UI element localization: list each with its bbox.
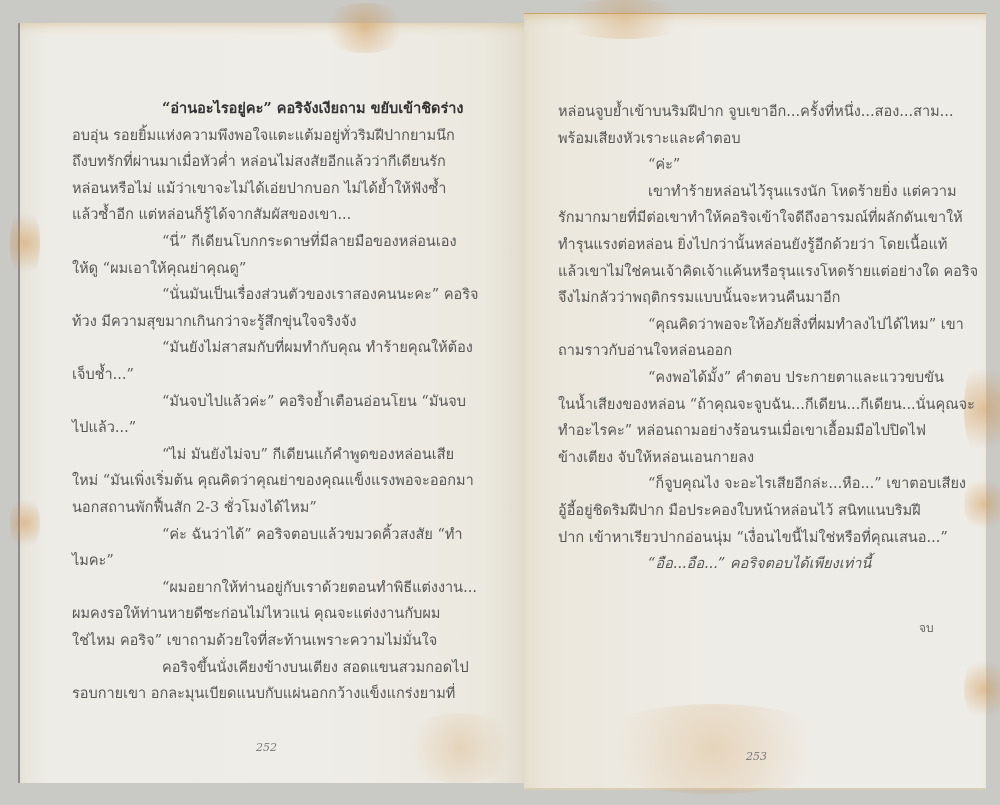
text-line: “ผมอยากให้ท่านอยู่กับเราด้วยตอนทำพิธีแต่… [162,575,477,601]
text-line: ปาก เข้าหาเรียวปากอ่อนนุ่ม “เงื่อนไขนี้ไ… [558,525,948,551]
text-line: ท้วง มีความสุขมากเกินกว่าจะรู้สึกขุ่นใจจ… [72,309,357,335]
text-line: พร้อมเสียงหัวเราะและคำตอบ [558,126,741,152]
right-page: หล่อนจูบย้ำเข้าบนริมฝีปาก จูบเขาอีก...คร… [524,13,986,790]
text-line: ในน้ำเสียงของหล่อน “ถ้าคุณจะจูบฉัน...กีเ… [558,392,975,418]
text-line: ให้ดู “ผมเอาให้คุณย่าคุณดู” [72,256,246,282]
text-line: นอกสถานพักฟื้นสัก 2-3 ชั่วโมงได้ไหม” [72,495,317,521]
text-line: ถามราวกับอ่านใจหล่อนออก [558,338,732,364]
text-line: “มันยังไม่สาสมกับที่ผมทำกับคุณ ทำร้ายคุณ… [162,335,473,361]
text-line: ใช่ไหม คอริจ” เขาถามด้วยใจที่สะท้านเพราะ… [72,628,437,654]
text-line: “มันจบไปแล้วค่ะ” คอริจย้ำเตือนอ่อนโยน “ม… [162,389,466,415]
text-line: “ค่ะ” [648,152,680,178]
text-line: แล้วซ้ำอีก แต่หล่อนก็รู้ได้จากสัมผัสของเ… [72,202,351,228]
text-line: รอบกายเขา อกละมุนเบียดแนบกับแผ่นอกกว้างแ… [72,681,455,707]
text-line: ไมคะ” [72,548,114,574]
text-line: “นี่” กีเดียนโบกกระดาษที่มีลายมือของหล่อ… [162,229,457,255]
text-line: ผมคงรอให้ท่านหายดีซะก่อนไม่ไหวแน่ คุณจะแ… [72,601,440,627]
text-line: ข้างเตียง จับให้หล่อนเอนกายลง [558,445,754,471]
text-line: ไปแล้ว...” [72,415,136,441]
text-line: “อ่านอะไรอยู่คะ” คอริจังเงียถาม ขยับเข้า… [162,96,463,122]
text-line: หล่อนจูบย้ำเข้าบนริมฝีปาก จูบเขาอีก...คร… [558,99,953,125]
text-line: หล่อนหรือไม่ แม้ว่าเขาจะไม่ได้เอ่ยปากบอก… [72,176,446,202]
right-page-number: 253 [746,750,767,763]
text-line: แล้วเขาไม่ใช่คนเจ้าคิดเจ้าแค้นหรือรุนแรง… [558,259,978,285]
text-line: “คุณคิดว่าพอจะให้อภัยสิ่งที่ผมทำลงไปได้ไ… [648,312,964,338]
text-line: “คงพอได้มั้ง” คำตอบ ประกายตาและแววขบขัน [648,365,944,391]
text-line: “ไม่ มันยังไม่จบ” กีเดียนแก้คำพูดของหล่อ… [162,442,454,468]
text-line: ถึงบทรักที่ผ่านมาเมื่อหัวค่ำ หล่อนไม่สงส… [72,149,446,175]
text-line: ทำรุนแรงต่อหล่อน ยิ่งไปกว่านั้นหล่อนยังร… [558,232,947,258]
text-line: รักมากมายที่มีต่อเขาทำให้คอริจเข้าใจดีถึ… [558,205,963,231]
left-page: “อ่านอะไรอยู่คะ” คอริจังเงียถาม ขยับเข้า… [18,23,524,783]
left-page-number: 252 [256,741,277,754]
text-line: “นั่นมันเป็นเรื่องส่วนตัวของเราสองคนนะคะ… [162,282,479,308]
text-line: เขาทำร้ายหล่อนไว้รุนแรงนัก โหดร้ายยิ่ง แ… [648,179,957,205]
text-line: อู้อี้อยู่ชิดริมฝีปาก มือประคองใบหน้าหล่… [558,498,921,524]
text-line: จึงไม่กลัวว่าพฤติกรรมแบบนั้นจะหวนคืนมาอี… [558,285,840,311]
text-line: เจ็บช้ำ...” [72,362,134,388]
text-line: “อือ...อือ...” คอริจตอบได้เพียงเท่านี้ [648,551,871,577]
text-line: คอริจขึ้นนั่งเคียงข้างบนเตียง สอดแขนสวมก… [162,655,469,681]
text-line: ใหม่ “มันเพิ่งเริ่มต้น คุณคิดว่าคุณย่าขอ… [72,468,474,494]
text-line: ทำอะไรคะ” หล่อนถามอย่างร้อนรนเมื่อเขาเอื… [558,418,926,444]
text-line: “ก็จูบคุณไง จะอะไรเสียอีกล่ะ...หือ...” เ… [648,471,966,497]
end-marker: จบ [919,619,934,638]
text-line: อบอุ่น รอยยิ้มแห่งความพึงพอใจแตะแต้มอยู่… [72,123,455,149]
text-line: “ค่ะ ฉันว่าได้” คอริจตอบแล้วขมวดคิ้วสงสั… [162,522,463,548]
